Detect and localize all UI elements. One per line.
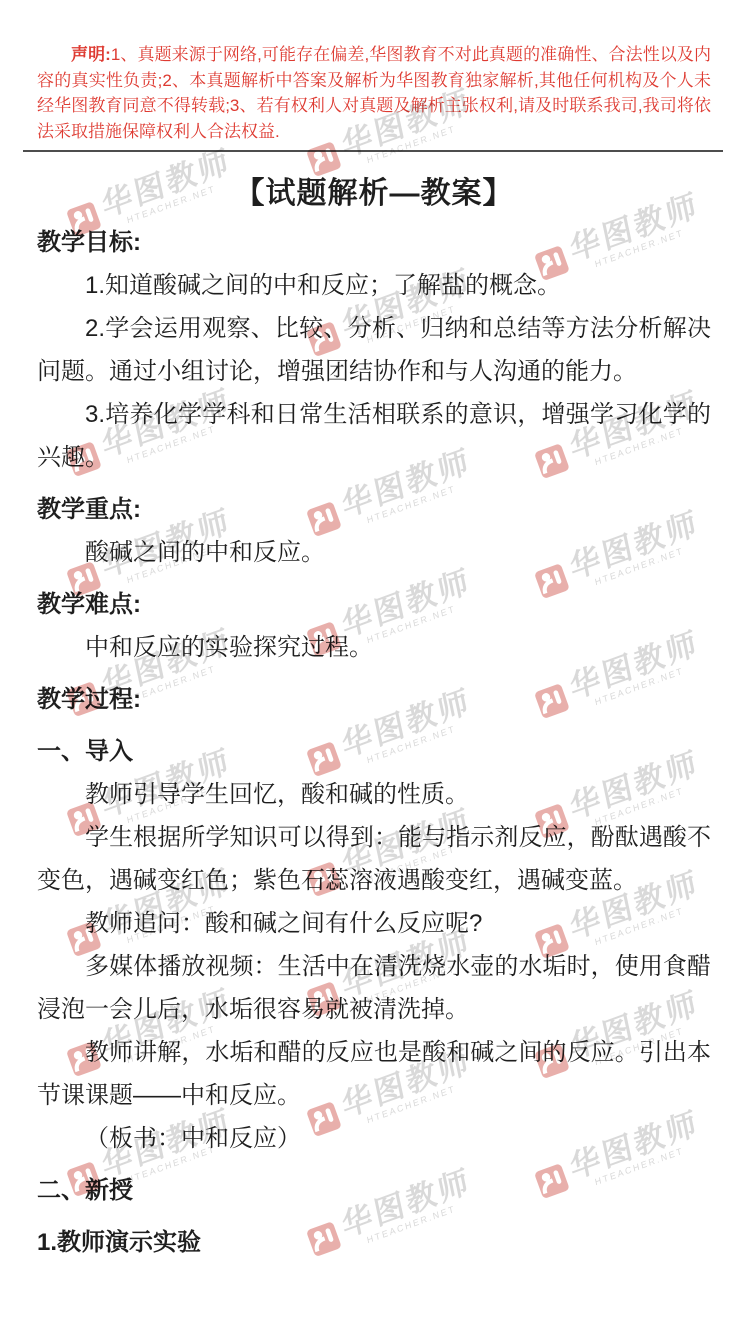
content-block: 1.知道酸碱之间的中和反应；了解盐的概念。: [37, 264, 711, 307]
content-block: 教学目标:: [37, 221, 711, 264]
disclaimer: 声明:1、真题来源于网络,可能存在偏差,华图教育不对此真题的准确性、合法性以及内…: [37, 42, 711, 144]
content-block: 学生根据所学知识可以得到：能与指示剂反应，酚酞遇酸不变色，遇碱变红色；紫色石蕊溶…: [37, 816, 711, 902]
content-block: （板书：中和反应）: [37, 1117, 711, 1160]
content-block: 教学难点:: [37, 583, 711, 626]
content-block: 3.培养化学学科和日常生活相联系的意识，增强学习化学的兴趣。: [37, 393, 711, 479]
content-block: 教师追问：酸和碱之间有什么反应呢?: [37, 902, 711, 945]
content-blocks: 教学目标: 1.知道酸碱之间的中和反应；了解盐的概念。 2.学会运用观察、比较、…: [37, 221, 711, 1264]
content-block: 教学过程:: [37, 678, 711, 721]
document-content: 声明:1、真题来源于网络,可能存在偏差,华图教育不对此真题的准确性、合法性以及内…: [0, 0, 748, 1264]
content-block: 酸碱之间的中和反应。: [37, 531, 711, 574]
content-block: 中和反应的实验探究过程。: [37, 626, 711, 669]
content-block: 1.教师演示实验: [37, 1221, 711, 1264]
document-page: 华图教师 HTEACHER.NET 华图教师 HTEACHER.NET: [0, 0, 748, 1335]
content-block: 教师引导学生回忆，酸和碱的性质。: [37, 773, 711, 816]
content-block: 教学重点:: [37, 488, 711, 531]
disclaimer-label: 声明:: [71, 45, 111, 64]
content-block: 一、导入: [37, 730, 711, 773]
divider-line: [23, 150, 723, 152]
content-block: 二、新授: [37, 1169, 711, 1212]
page-title: 【试题解析—教案】: [37, 168, 711, 212]
content-block: 2.学会运用观察、比较、分析、归纳和总结等方法分析解决问题。通过小组讨论，增强团…: [37, 307, 711, 393]
content-block: 多媒体播放视频：生活中在清洗烧水壶的水垢时，使用食醋浸泡一会儿后，水垢很容易就被…: [37, 945, 711, 1031]
disclaimer-body: 1、真题来源于网络,可能存在偏差,华图教育不对此真题的准确性、合法性以及内容的真…: [37, 45, 711, 141]
content-block: 教师讲解，水垢和醋的反应也是酸和碱之间的反应。引出本节课课题——中和反应。: [37, 1031, 711, 1117]
